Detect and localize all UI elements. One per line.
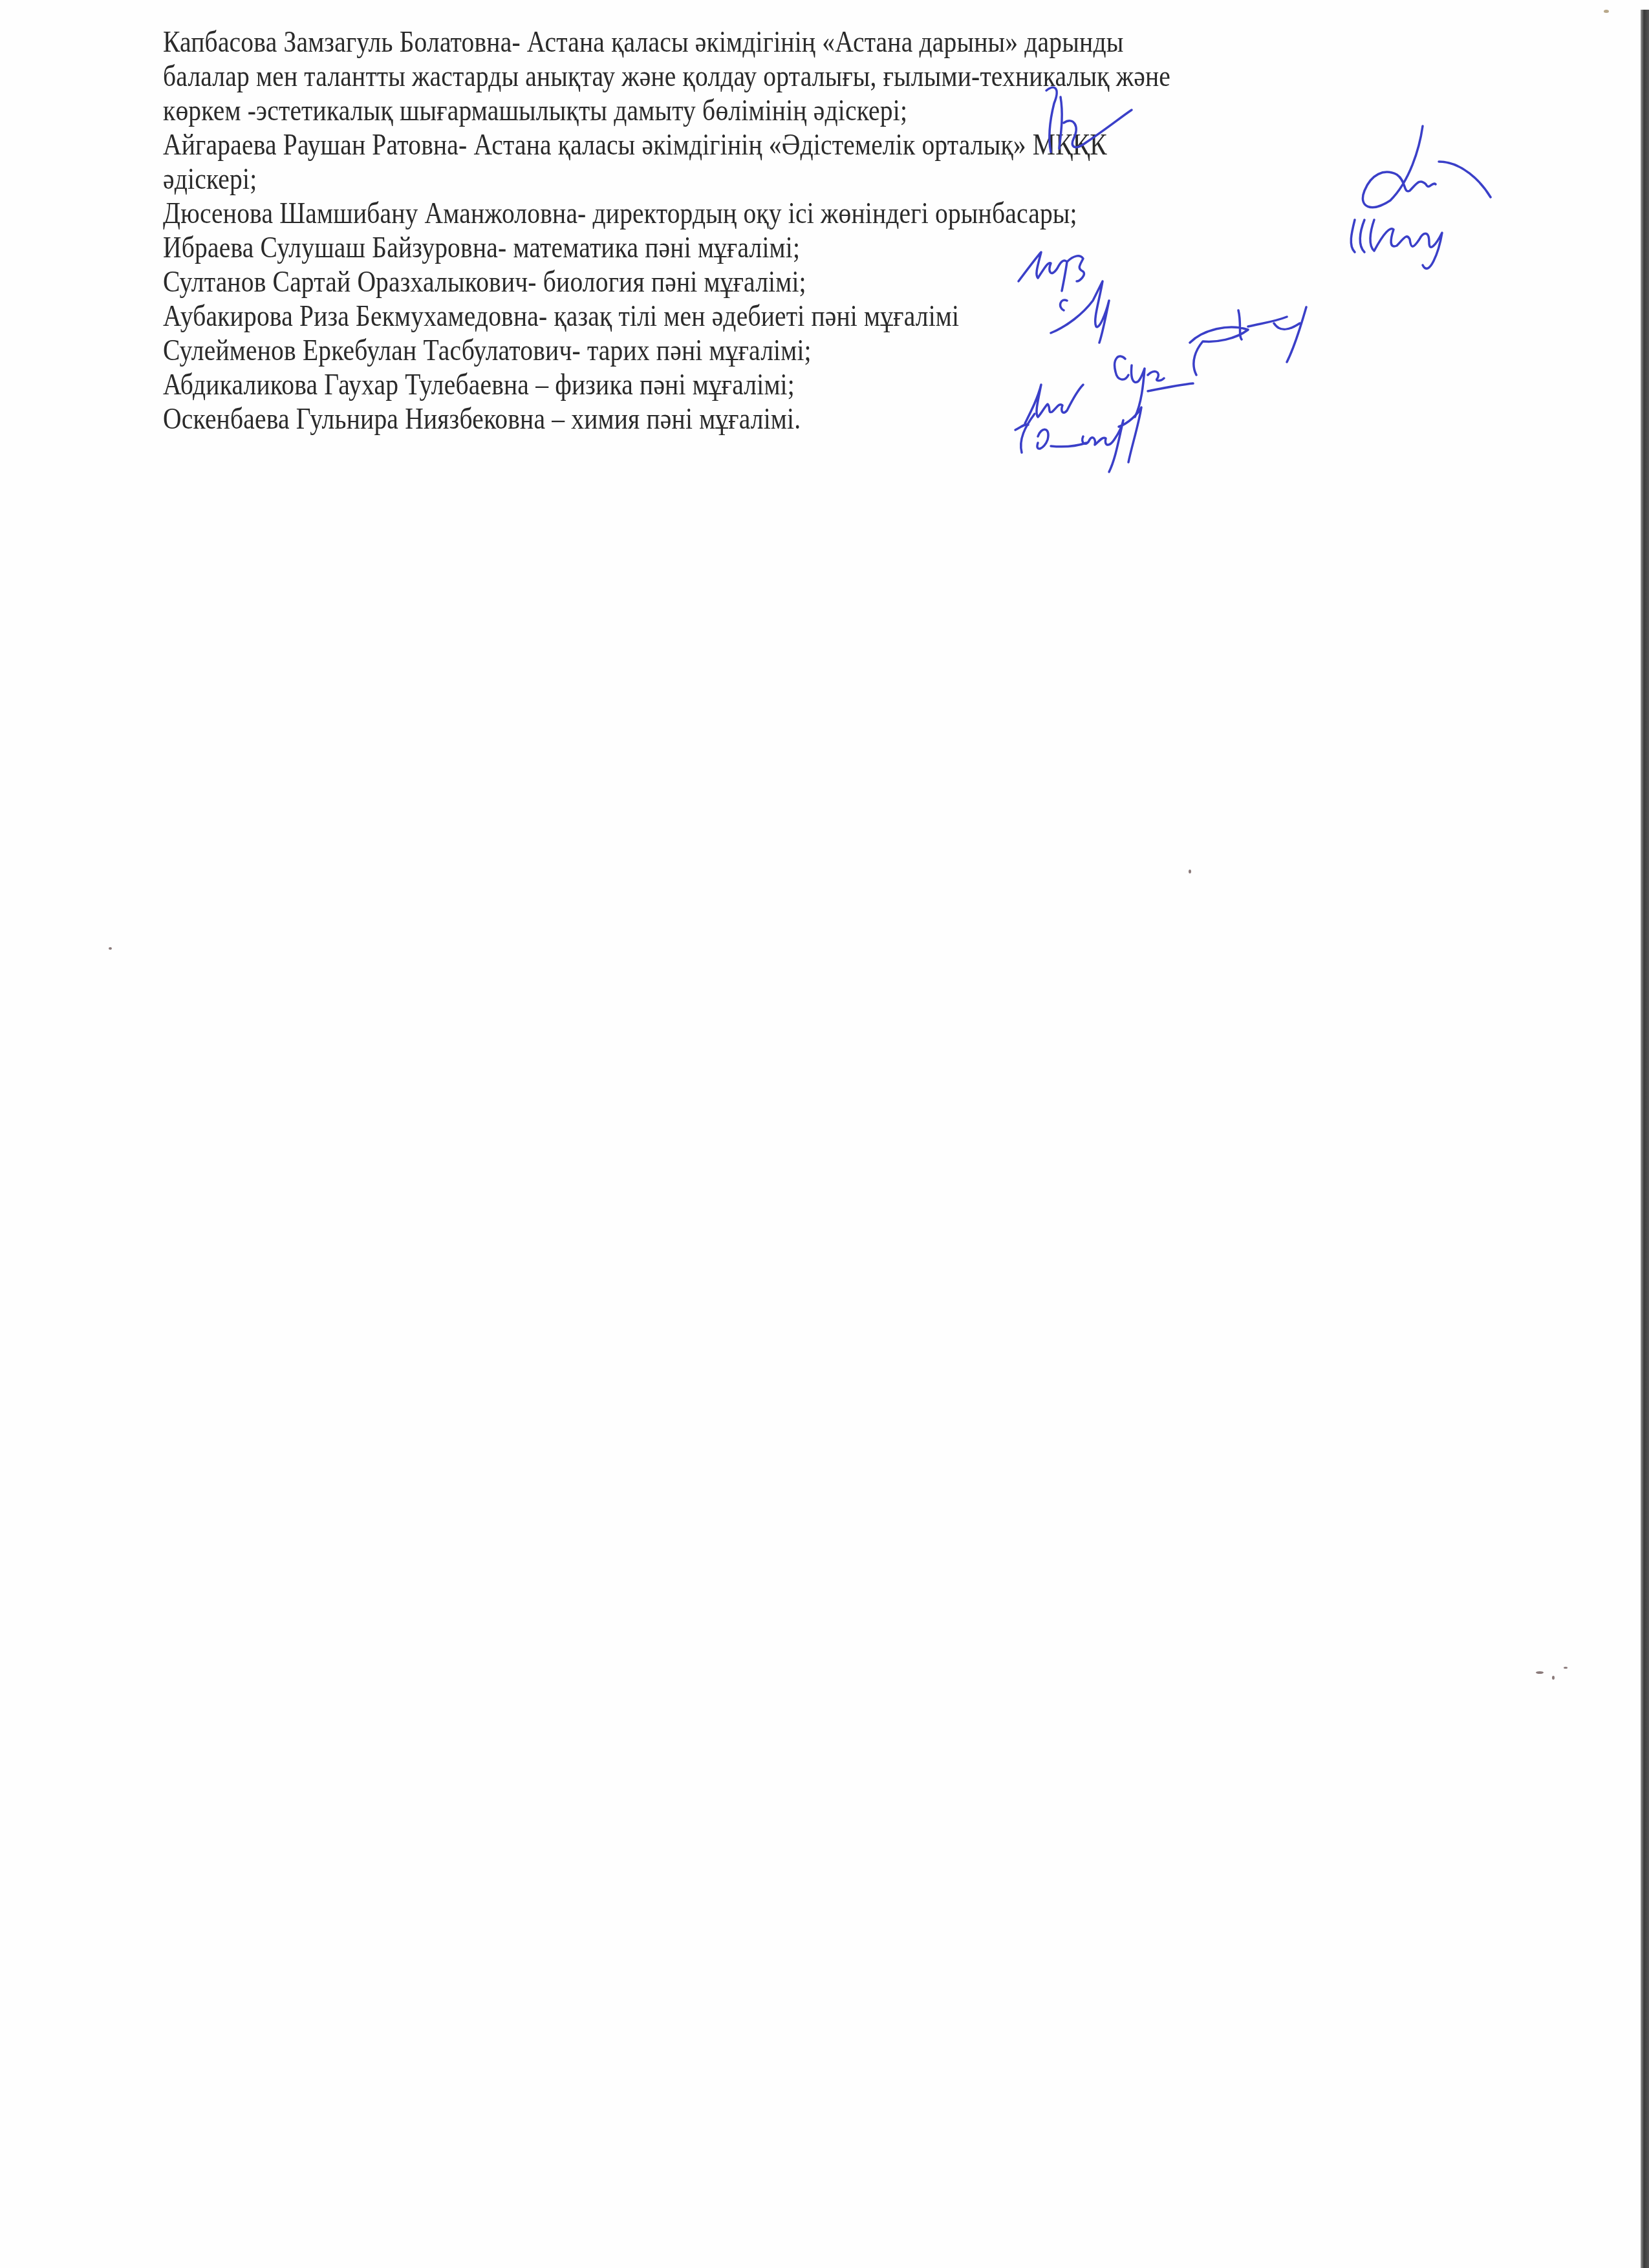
scan-speck [109, 947, 112, 950]
scan-shadow-edge [1641, 10, 1649, 2268]
signature-dyusenova [1345, 194, 1513, 281]
scan-speck [1536, 1671, 1544, 1674]
text-line: Ибраева Сулушаш Байзуровна- математика п… [163, 230, 1331, 264]
scan-speck [1189, 870, 1191, 873]
scanned-page: Капбасова Замзагуль Болатовна- Астана қа… [0, 0, 1649, 2268]
signature-sultanov [1048, 275, 1145, 349]
scan-speck [1564, 1667, 1568, 1669]
signature-kapbasova [1035, 78, 1164, 171]
scan-speck [1604, 10, 1609, 13]
scan-speck [1552, 1676, 1555, 1680]
text-line: Султанов Сартай Оразхалыкович- биология … [163, 264, 1331, 299]
text-line: Дюсенова Шамшибану Аманжоловна- директор… [163, 196, 1331, 230]
text-line: Аубакирова Риза Бекмухамедовна- қазақ ті… [163, 299, 1331, 333]
signature-oskenbaeva [1012, 401, 1180, 482]
text-line: Капбасова Замзагуль Болатовна- Астана қа… [163, 25, 1331, 59]
